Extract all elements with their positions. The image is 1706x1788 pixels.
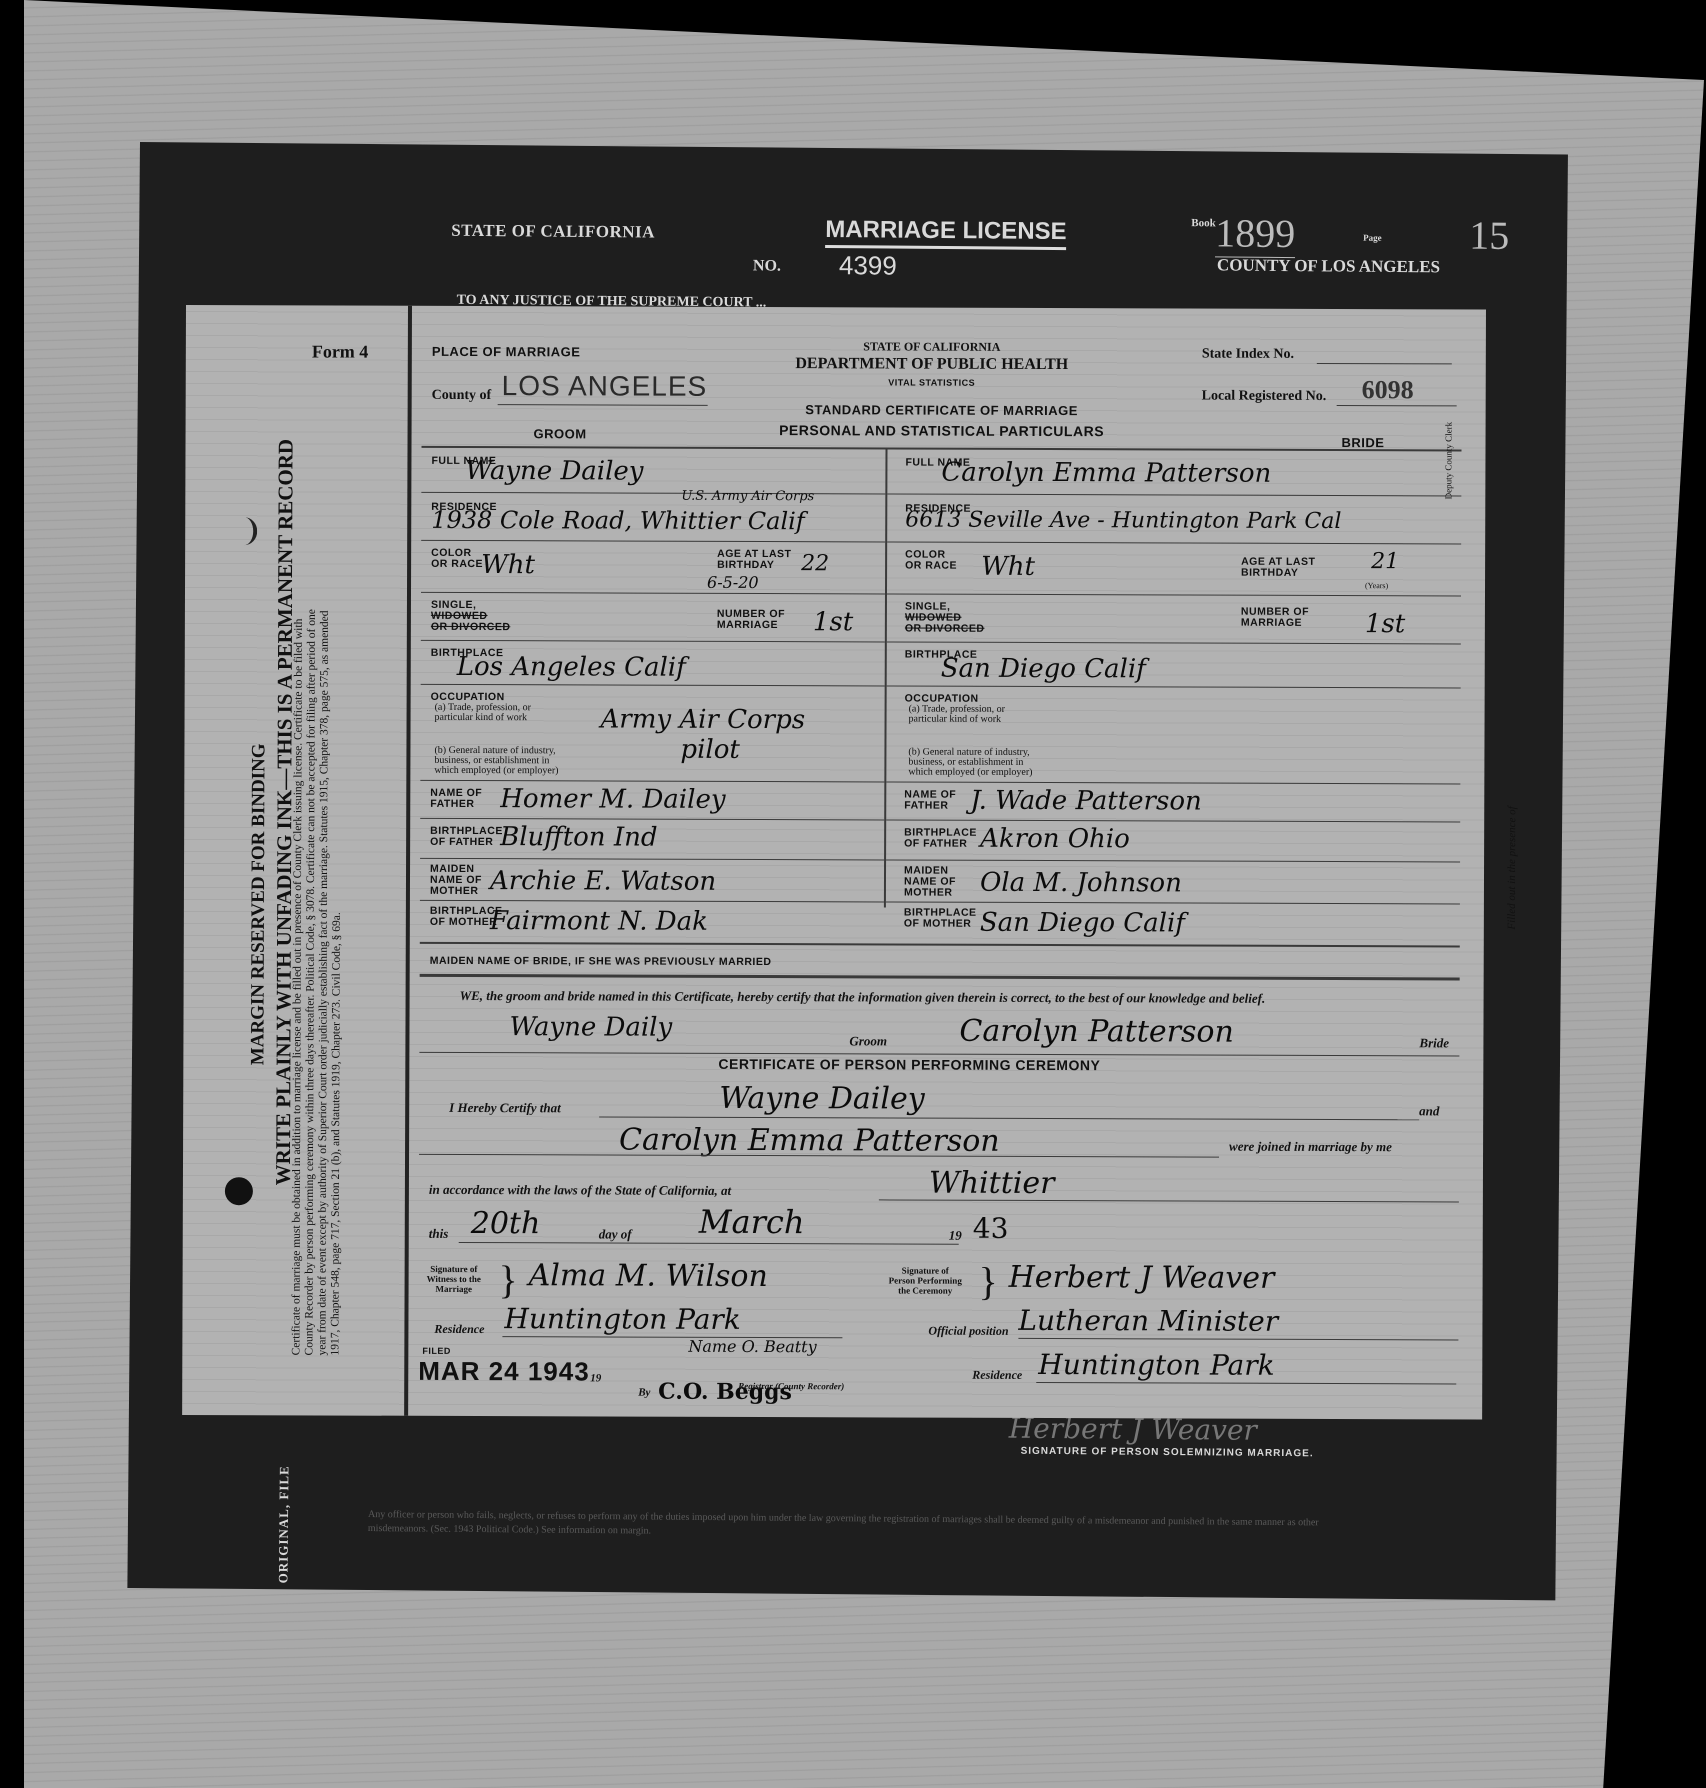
state-header: STATE OF CALIFORNIA [782,339,1082,355]
row-rule [886,781,1460,784]
standard-certificate-title: STANDARD CERTIFICATE OF MARRIAGE [722,404,1162,417]
row-rule [420,858,884,861]
groom-residence-note: U.S. Army Air Corps [681,489,814,504]
bride-number-marriage: 1st [1365,609,1405,639]
margin-note: MARGIN RESERVED FOR BINDING [247,743,270,1065]
groom-signature: Wayne Daily [509,1012,672,1043]
filled-in-presence-note: Filled out in the presence of [1506,806,1518,929]
groom-age: 22 [801,551,829,576]
deputy-clerk-label: Deputy County Clerk [1443,422,1453,500]
row-rule [886,819,1460,822]
marriage-day: 20th [471,1206,541,1241]
certificate-body: PLACE OF MARRIAGE County of LOS ANGELES … [418,306,1462,1420]
groom-residence: 1938 Cole Road, Whittier Calif [431,506,805,535]
groom-full-name: Wayne Dailey [465,456,643,487]
row-rule [887,593,1461,596]
original-file-label: ORIGINAL, FILE [275,1465,292,1583]
bride-occupation-a-label: (a) Trade, profession, or particular kin… [909,705,1005,725]
row-rule [887,641,1461,644]
bride-signature: Carolyn Patterson [959,1014,1233,1050]
witness-signature: Alma M. Wilson [529,1258,768,1294]
row-rule [886,859,1460,862]
marriage-place: Whittier [929,1166,1055,1201]
groom-mother-maiden: Archie E. Watson [490,866,716,897]
officiant-residence-label: Residence [972,1368,1022,1383]
groom-occupation-a-label: (a) Trade, profession, or particular kin… [435,703,531,723]
groom-divorced-label: OR DIVORCED [431,622,511,633]
local-registered-underline [1337,405,1457,406]
page-label: Page [1363,233,1382,243]
row-rule [421,492,885,495]
joined-label: were joined in marriage by me [1229,1139,1392,1156]
county-value: LOS ANGELES [502,370,708,403]
officiant-brace: } [979,1258,998,1305]
groom-signature-label: Groom [849,1033,887,1049]
groom-occupation-b: pilot [680,735,739,765]
bride-mother-birthplace-label: BIRTHPLACE OF MOTHER [904,908,977,930]
solemnizer-caption: SIGNATURE OF PERSON SOLEMNIZING MARRIAGE… [1021,1446,1314,1460]
row-rule [421,640,885,643]
groom-father-label: NAME OF FATHER [430,788,482,810]
row-rule [887,685,1461,688]
place-of-marriage-label: PLACE OF MARRIAGE [432,346,581,358]
groom-occupation-a: Army Air Corps [601,704,806,735]
filing-instructions: Certificate of marriage must be obtained… [290,595,345,1355]
bride-father-birthplace: Akron Ohio [980,824,1130,855]
bride-mother-birthplace: San Diego Calif [980,908,1185,939]
marriage-year: 43 [973,1212,1009,1245]
county-underline [498,404,708,406]
bride-signature-label: Bride [1419,1035,1449,1051]
local-registered-number: 6098 [1362,375,1414,405]
page-number: 15 [1469,212,1509,259]
row-rule [421,684,885,687]
witness-residence: Huntington Park [504,1302,740,1336]
scanned-document: STATE OF CALIFORNIA MARRIAGE LICENSE NO.… [0,0,1706,1788]
witness-label: Signature of Witness to the Marriage [427,1264,481,1294]
section-rule [420,942,1460,948]
we-certify-statement: WE, the groom and bride named in this Ce… [430,986,1450,1010]
groom-father-birthplace: Bluffton Ind [500,822,657,853]
license-state: STATE OF CALIFORNIA [451,221,655,243]
row-rule [420,900,884,903]
filed-date-stamp: MAR 24 1943 [418,1356,590,1388]
row-rule [886,901,1460,904]
department-header: DEPARTMENT OF PUBLIC HEALTH [742,355,1122,374]
day-of-label: day of [599,1226,632,1242]
bride-mother-maiden: Ola M. Johnson [980,868,1182,899]
accordance-label: in accordance with the laws of the State… [429,1182,731,1199]
by-label: By [638,1387,650,1399]
license-county: COUNTY OF LOS ANGELES [1217,255,1440,277]
groom-header: GROOM [534,428,587,439]
officiant-signature: Herbert J Weaver [1009,1260,1275,1296]
bride-mother-label: MAIDEN NAME OF MOTHER [904,866,956,899]
bride-birthplace: San Diego Calif [941,654,1146,685]
groom-bride-divider [884,447,888,907]
section-rule [420,974,1460,981]
groom-birthplace: Los Angeles Calif [457,652,686,683]
filed-year-suffix: 19 [590,1372,601,1384]
book-number: 1899 [1215,209,1295,258]
row-rule [887,493,1461,496]
bride-occupation-b-label: (b) General nature of industry, business… [908,748,1032,778]
local-registered-label: Local Registered No. [1202,389,1327,405]
crescent-mark-icon [231,517,257,545]
witness-brace: } [499,1256,518,1303]
field-underline [879,1199,1459,1202]
official-position-label: Official position [928,1324,1008,1339]
particulars-title: PERSONAL AND STATISTICAL PARTICULARS [682,425,1202,438]
groom-color-label: COLOR OR RACE [431,548,483,570]
groom-age-label: AGE AT LAST BIRTHDAY [717,549,791,571]
ceremony-bride-name: Carolyn Emma Patterson [619,1123,1000,1159]
ceremony-groom-name: Wayne Dailey [719,1081,925,1117]
field-underline [599,1116,1419,1120]
row-rule [420,780,884,783]
bride-divorced-label: OR DIVORCED [905,624,985,635]
groom-birth-date-note: 6-5-20 [707,573,759,592]
marriage-month: March [699,1203,805,1241]
bride-age: 21 [1371,549,1399,574]
groom-mother-birthplace: Fairmont N. Dak [490,906,708,937]
license-title: MARRIAGE LICENSE [825,216,1067,250]
bride-father-name: J. Wade Patterson [970,786,1202,817]
marriage-certificate: Form 4 MARGIN RESERVED FOR BINDING WRITE… [182,305,1486,1420]
license-fine-print: Any officer or person who fails, neglect… [368,1508,1368,1545]
binding-margin: Form 4 MARGIN RESERVED FOR BINDING WRITE… [182,305,408,1416]
bride-years-label: (Years) [1365,581,1388,590]
ceremony-title: CERTIFICATE OF PERSON PERFORMING CEREMON… [659,1059,1159,1072]
license-number: 4399 [839,250,897,282]
groom-color: Wht [481,550,535,580]
bride-full-name: Carolyn Emma Patterson [941,458,1271,489]
previous-maiden-label: MAIDEN NAME OF BRIDE, IF SHE WAS PREVIOU… [430,956,772,968]
row-rule [421,540,885,543]
year-prefix: 19 [949,1228,962,1244]
groom-mother-label: MAIDEN NAME OF MOTHER [430,864,482,897]
state-index-field [1317,363,1452,364]
groom-father-birthplace-label: BIRTHPLACE OF FATHER [430,826,503,848]
bride-color-label: COLOR OR RACE [905,550,957,572]
and-label: and [1419,1103,1439,1119]
license-number-label: NO. [753,257,781,275]
groom-occupation-b-label: (b) General nature of industry, business… [434,746,558,776]
groom-number-marriage-label: NUMBER OF MARRIAGE [717,609,785,631]
state-index-label: State Index No. [1202,347,1294,363]
officiant-label: Signature of Person Performing the Cerem… [889,1265,962,1295]
this-label: this [429,1226,449,1242]
field-underline [1036,1382,1456,1384]
field-underline [1018,1338,1458,1341]
bride-father-birthplace-label: BIRTHPLACE OF FATHER [904,828,977,850]
groom-number-marriage: 1st [813,607,853,637]
bride-age-label: AGE AT LAST BIRTHDAY [1241,557,1315,579]
bride-header: BRIDE [1342,437,1385,448]
row-rule [421,592,885,595]
county-label: County of [432,388,492,404]
recorder-label: Registrar (County Recorder) [738,1381,844,1391]
bride-residence: 6613 Seville Ave - Huntington Park Cal [905,508,1341,535]
hereby-certify-label: I Hereby Certify that [449,1100,561,1116]
bride-color: Wht [981,552,1035,582]
section-rule [422,446,1462,452]
row-rule [420,818,884,821]
form-number: Form 4 [312,341,369,362]
official-position: Lutheran Minister [1018,1304,1278,1338]
row-rule [887,541,1461,544]
witness-residence-label: Residence [434,1322,484,1337]
clerk-name: Name O. Beatty [688,1337,816,1356]
officiant-residence: Huntington Park [1038,1348,1274,1382]
punch-hole-icon [225,1177,253,1205]
field-underline [459,1242,959,1245]
groom-father-name: Homer M. Dailey [500,784,725,815]
book-label: Book [1191,217,1216,229]
vital-statistics-header: VITAL STATISTICS [832,377,1032,389]
bride-father-label: NAME OF FATHER [904,790,956,812]
bride-number-marriage-label: NUMBER OF MARRIAGE [1241,607,1309,629]
